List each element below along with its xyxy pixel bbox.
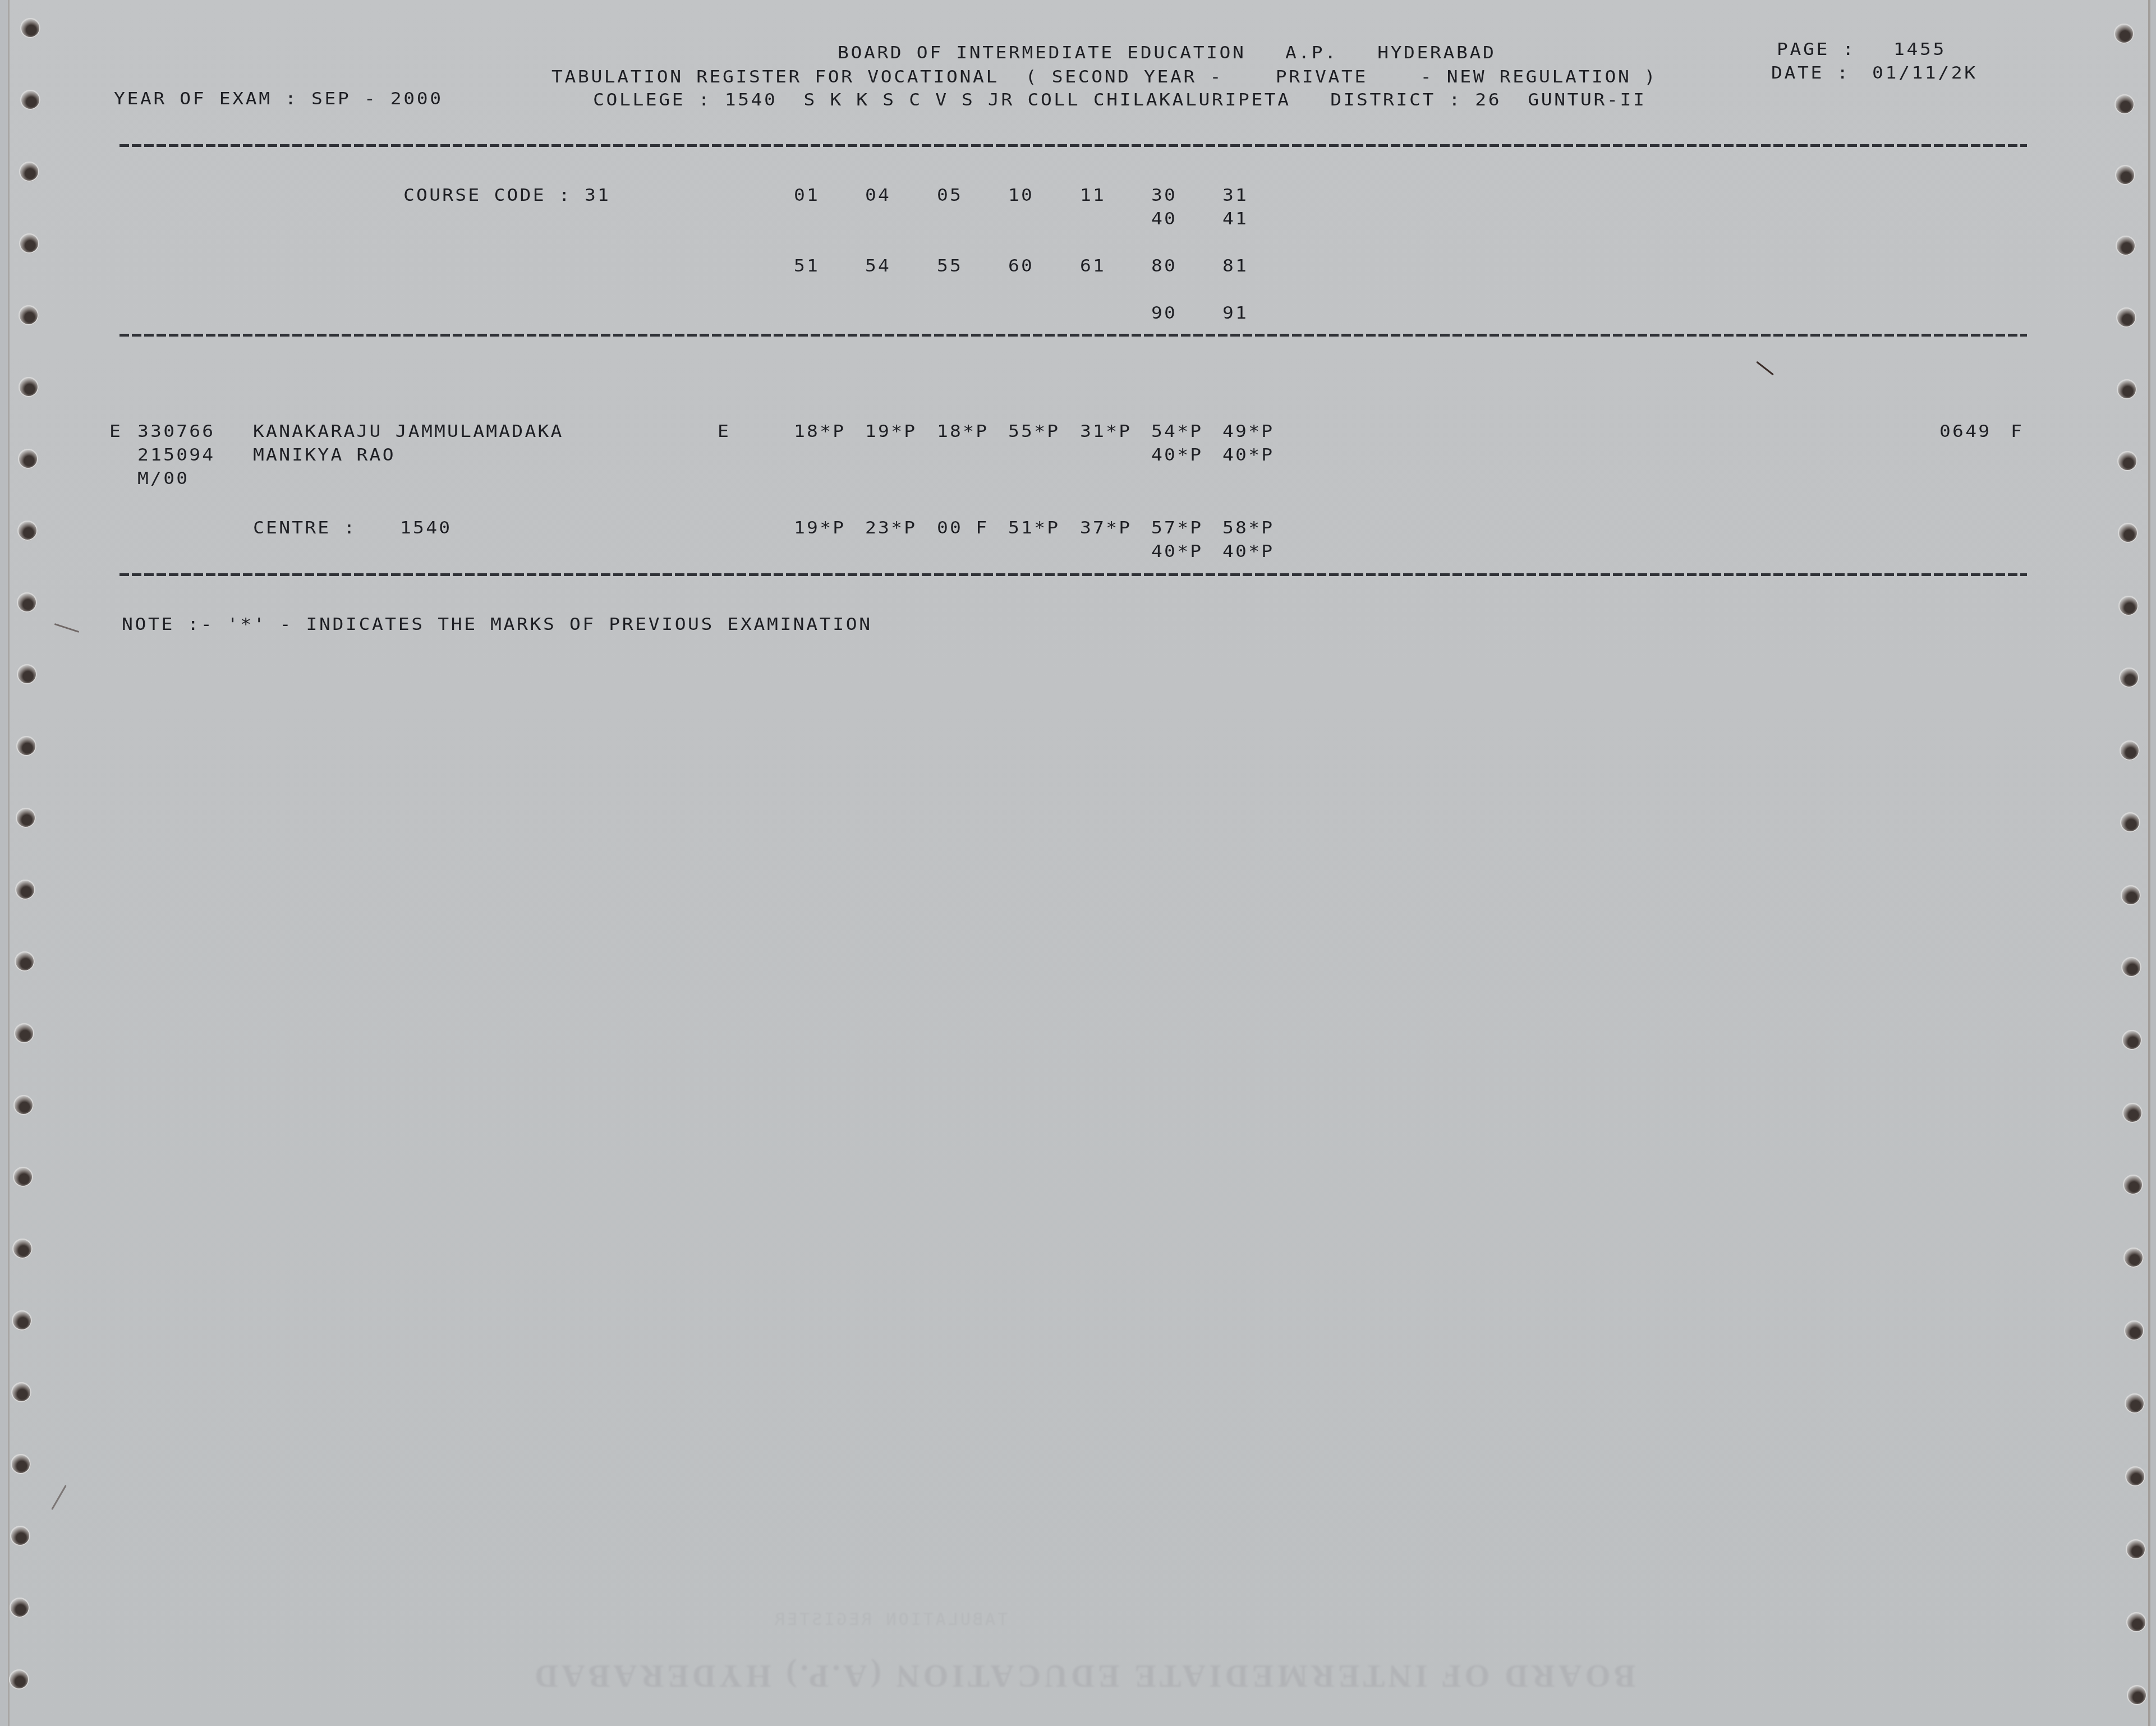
perforation-hole: [16, 736, 36, 756]
perforation-hole: [17, 592, 37, 613]
perforation-hole: [19, 162, 39, 182]
subject-mark: 58*P: [1222, 519, 1274, 536]
date-label: DATE :: [1771, 64, 1850, 81]
subject-code: 11: [1080, 186, 1106, 203]
subject-mark: 49*P: [1222, 422, 1274, 439]
show-through-title: BOARD OF INTERMEDIATE EDUCATION (A.P.) H…: [531, 1658, 1636, 1695]
pen-mark: [1756, 361, 1774, 376]
subject-mark: 23*P: [865, 519, 917, 536]
subject-code: 30: [1151, 186, 1177, 203]
registration-number: 215094: [137, 446, 215, 463]
subject-code: 90: [1151, 304, 1177, 321]
perforation-hole: [2126, 1539, 2146, 1559]
hall-ticket-number: 330766: [137, 422, 215, 439]
page-number: 1455: [1893, 40, 1946, 57]
perforation-hole: [15, 880, 35, 900]
subject-mark: 37*P: [1080, 519, 1132, 536]
record-prefix: E: [109, 422, 122, 439]
perforation-hole: [12, 1310, 32, 1331]
perforation-hole: [2122, 1103, 2143, 1123]
subject-code: 81: [1222, 257, 1248, 274]
perforation-hole: [2127, 1685, 2147, 1705]
subject-mark: 40*P: [1222, 542, 1274, 559]
subject-code: 41: [1222, 210, 1248, 227]
subject-code: 05: [937, 186, 963, 203]
perforation-hole: [10, 1598, 30, 1618]
perforation-hole: [18, 449, 38, 469]
perforation-hole: [19, 377, 39, 397]
perforation-hole: [2117, 451, 2137, 471]
father-name: MANIKYA RAO: [253, 446, 396, 463]
perforation-hole: [2121, 957, 2141, 977]
subject-mark: 55*P: [1008, 422, 1060, 439]
perforation-hole: [17, 664, 37, 684]
perforation-hole: [13, 1167, 33, 1187]
perforation-hole: [12, 1239, 33, 1259]
year-of-exam: YEAR OF EXAM : SEP - 2000: [114, 90, 443, 107]
perforation-hole: [20, 90, 40, 110]
register-title: TABULATION REGISTER FOR VOCATIONAL ( SEC…: [551, 68, 1657, 85]
subject-mark: 19*P: [865, 422, 917, 439]
perforation-hole: [19, 305, 39, 325]
separator-line: [119, 573, 2027, 576]
perforation-hole: [2114, 94, 2135, 114]
subject-mark: 40*P: [1151, 542, 1203, 559]
subject-code: 01: [794, 186, 820, 203]
subject-mark: 54*P: [1151, 422, 1203, 439]
subject-code: 31: [1222, 186, 1248, 203]
subject-mark: 18*P: [794, 422, 845, 439]
perforation-hole: [2123, 1175, 2143, 1195]
perforation-hole: [2123, 1248, 2144, 1268]
perforation-hole: [2116, 307, 2136, 328]
perforation-hole: [15, 951, 35, 972]
subject-code: 55: [937, 257, 963, 274]
perforation-hole: [9, 1669, 29, 1690]
perforation-hole: [2126, 1612, 2146, 1632]
perforation-hole: [2117, 379, 2137, 399]
result-status: F: [2011, 422, 2024, 439]
subject-code: 80: [1151, 257, 1177, 274]
perforation-hole: [2120, 812, 2140, 832]
perforation-hole: [20, 18, 40, 38]
category: M/00: [137, 470, 189, 486]
perforation-hole: [11, 1454, 31, 1474]
board-title: BOARD OF INTERMEDIATE EDUCATION A.P. HYD…: [838, 44, 1496, 61]
perforation-hole: [19, 233, 39, 254]
perforation-hole: [2118, 523, 2138, 543]
perforation-hole: [2125, 1393, 2145, 1414]
subject-code: 91: [1222, 304, 1248, 321]
total-marks: 0649: [1939, 422, 1991, 439]
show-through-subtitle: TABULATION REGISTER: [773, 1610, 1008, 1630]
subject-mark: 40*P: [1222, 446, 1274, 463]
perforation-hole: [2124, 1320, 2144, 1341]
subject-mark: 18*P: [937, 422, 989, 439]
separator-line: [119, 144, 2027, 147]
subject-code: 40: [1151, 210, 1177, 227]
separator-line: [119, 334, 2027, 337]
date-value: 01/11/2K: [1872, 64, 1978, 81]
continuous-form-paper: BOARD OF INTERMEDIATE EDUCATION A.P. HYD…: [8, 0, 2150, 1726]
medium: E: [718, 422, 730, 439]
centre-value: 1540: [400, 519, 452, 536]
page-label: PAGE :: [1777, 40, 1856, 57]
subject-code: 51: [794, 257, 820, 274]
perforation-hole: [2125, 1466, 2145, 1486]
perforation-hole: [2121, 885, 2141, 905]
subject-mark: 19*P: [794, 519, 845, 536]
course-code: COURSE CODE : 31: [403, 186, 610, 203]
perforation-hole: [10, 1526, 30, 1546]
subject-code: 10: [1008, 186, 1034, 203]
perforation-hole: [13, 1095, 34, 1115]
perforation-hole: [2115, 165, 2135, 185]
perforation-hole: [2116, 236, 2136, 256]
footnote: NOTE :- '*' - INDICATES THE MARKS OF PRE…: [122, 615, 872, 632]
perforation-hole: [2118, 596, 2139, 616]
perforation-hole: [2114, 24, 2134, 44]
subject-code: 60: [1008, 257, 1034, 274]
subject-mark: 51*P: [1008, 519, 1060, 536]
perforation-hole: [11, 1382, 31, 1402]
perforation-hole: [2119, 668, 2139, 688]
perforation-hole: [17, 521, 38, 541]
perforation-hole: [16, 808, 36, 828]
subject-mark: 57*P: [1151, 519, 1203, 536]
college-info: COLLEGE : 1540 S K K S C V S JR COLL CHI…: [593, 91, 1646, 108]
subject-code: 04: [865, 186, 891, 203]
subject-code: 61: [1080, 257, 1106, 274]
perforation-hole: [2120, 740, 2140, 761]
perforation-hole: [2122, 1030, 2142, 1050]
perforation-hole: [14, 1023, 34, 1043]
subject-mark: 40*P: [1151, 446, 1203, 463]
subject-mark: 31*P: [1080, 422, 1132, 439]
student-name: KANAKARAJU JAMMULAMADAKA: [253, 422, 564, 439]
centre-label: CENTRE :: [253, 519, 357, 536]
subject-code: 54: [865, 257, 891, 274]
subject-mark: 00 F: [937, 519, 989, 536]
